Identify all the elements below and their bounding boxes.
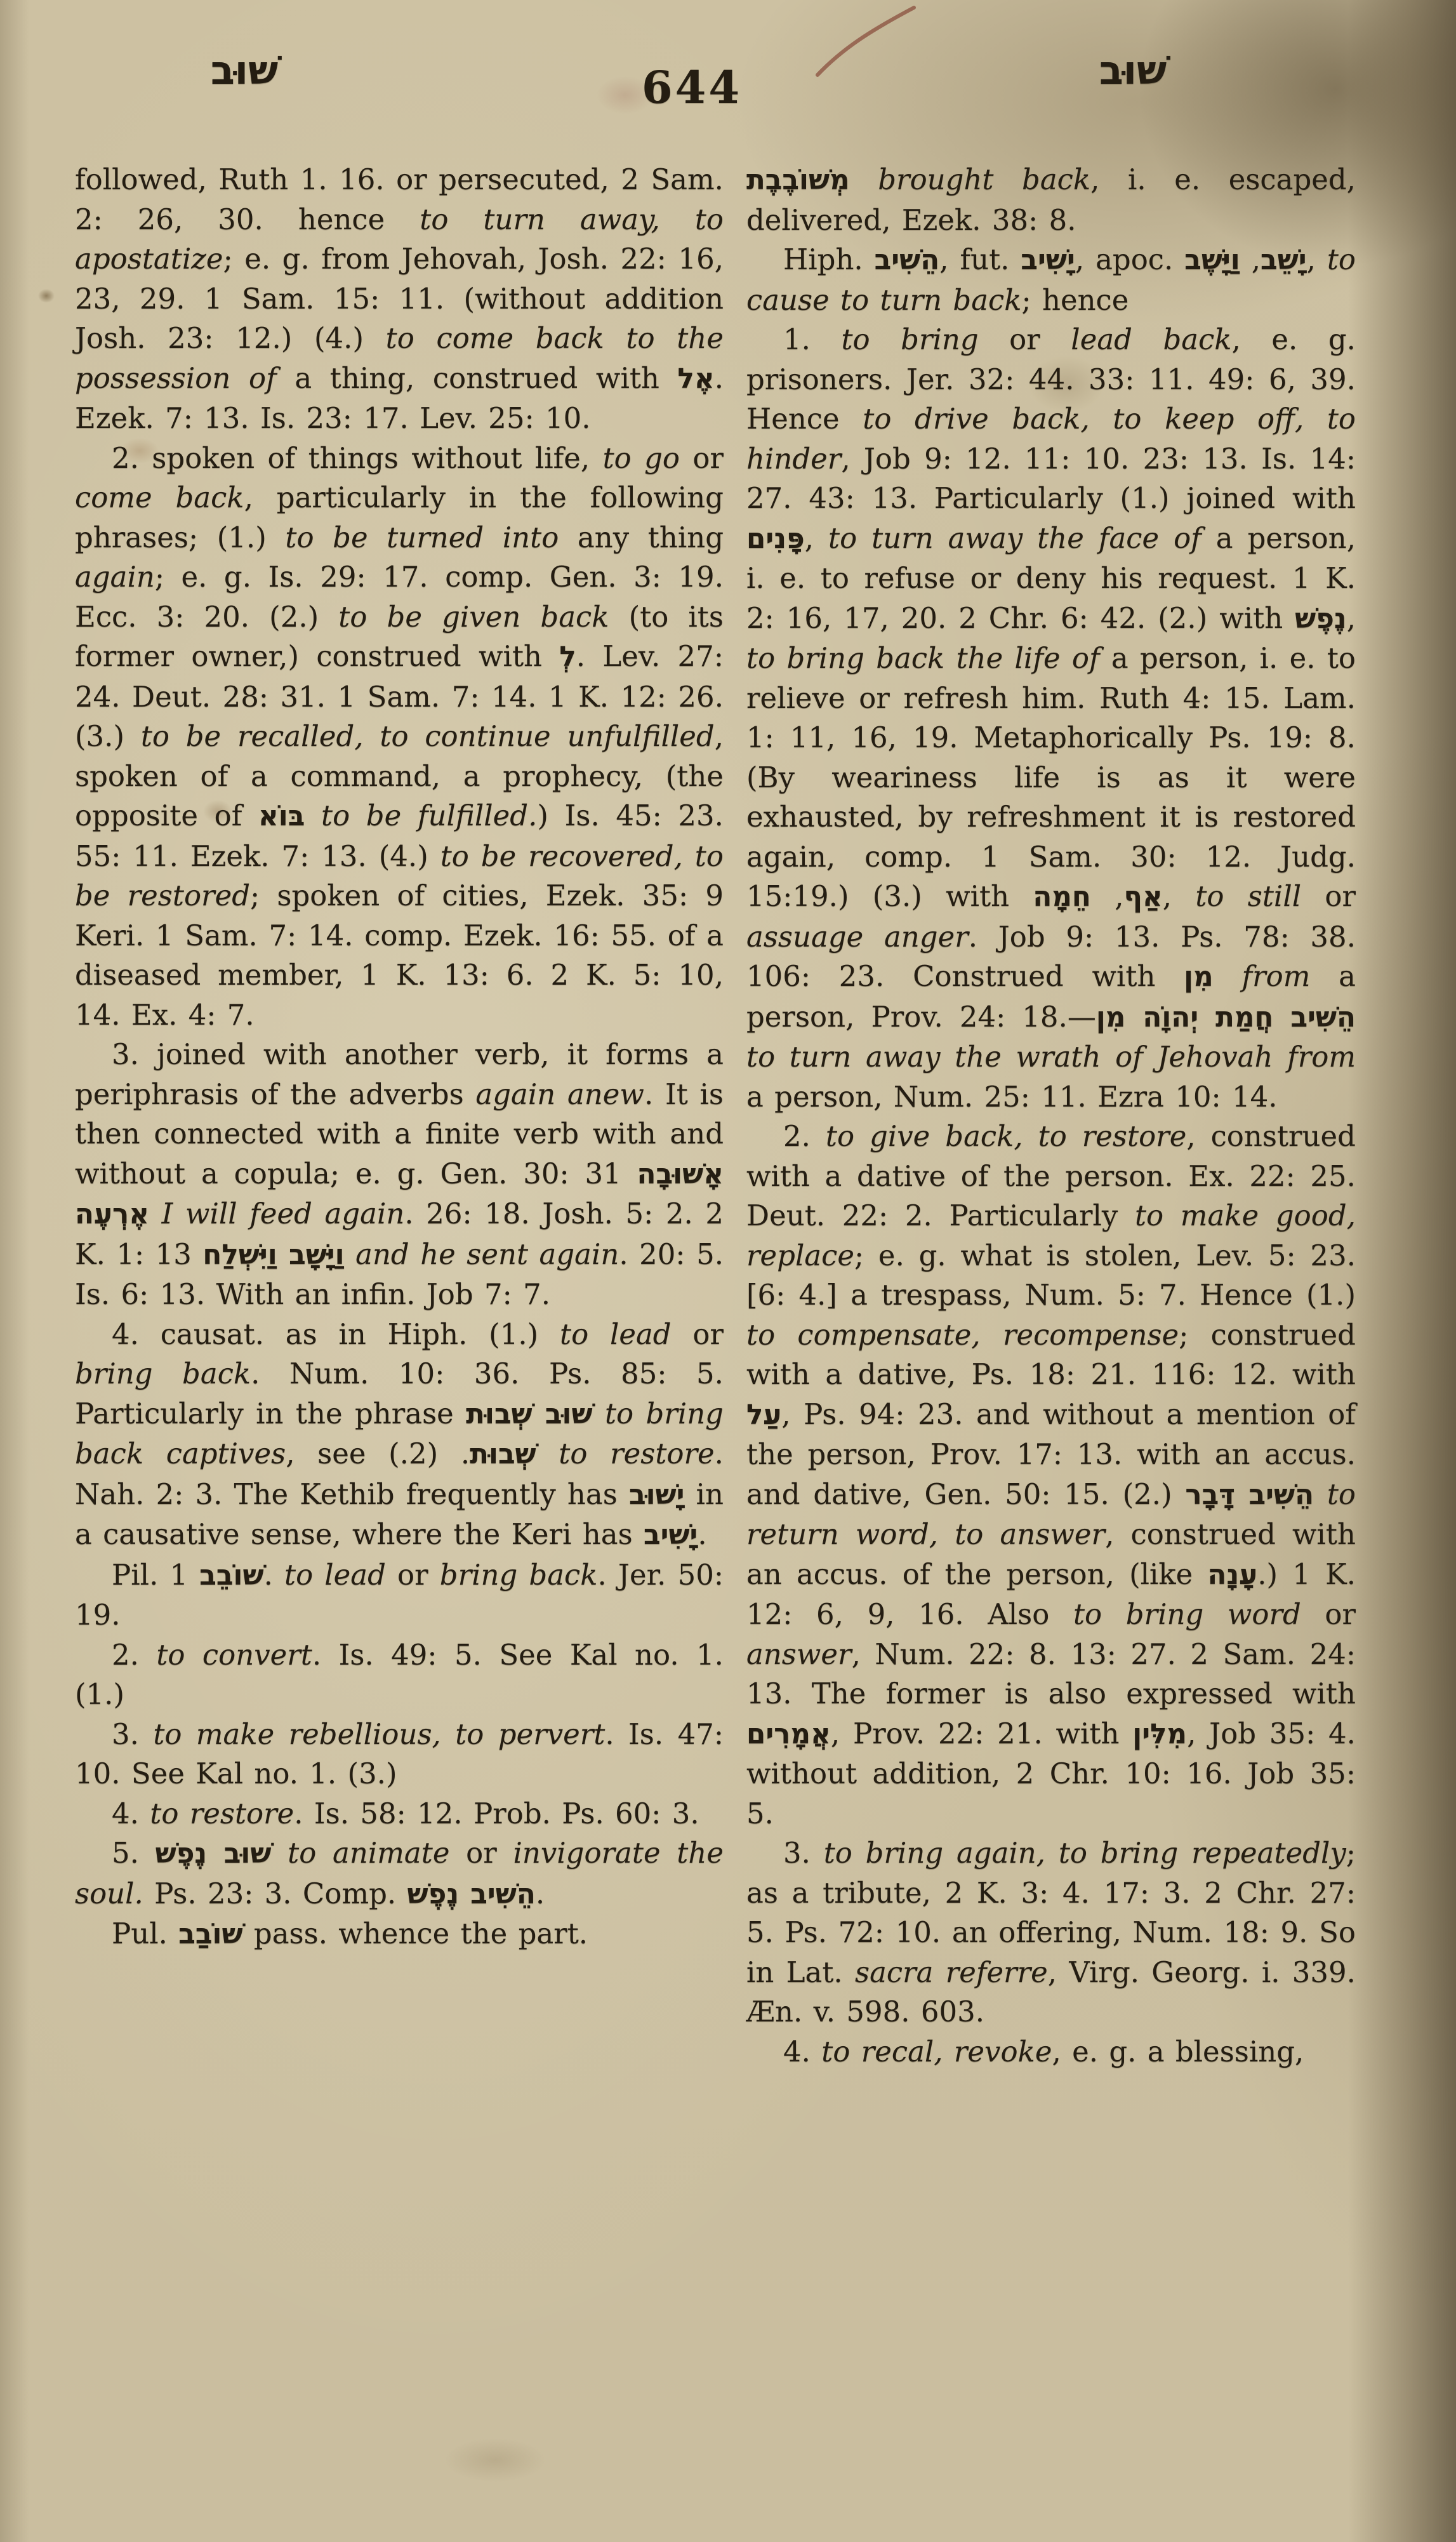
paragraph: Pil. שׁוֹבֵב 1. to lead or bring back. J… [75, 1555, 724, 1635]
text-column-left: followed, Ruth 1. 16. or persecuted, 2 S… [75, 160, 724, 1955]
text-run: Pul. [112, 1917, 178, 1950]
hebrew-word: אֲמָרִים [746, 1718, 831, 1750]
text-run: , e. g. a blessing, [1052, 2035, 1304, 2068]
text-run: , apoc. [1075, 243, 1184, 276]
text-run [305, 799, 321, 832]
hebrew-word: יָשֵׁב [1261, 244, 1307, 276]
text-run: . [536, 1877, 545, 1910]
hebrew-word: חֵמָה [1033, 881, 1091, 913]
hebrew-word: וַיָּשָׁב וַיִּשְׁלַח [202, 1239, 344, 1271]
hebrew-word: הֵשִׁיב [875, 244, 940, 276]
text-run: 2. spoken of things without life, [112, 441, 603, 475]
text-run: brought back [878, 163, 1090, 196]
text-run: , [1091, 879, 1124, 913]
paragraph: 3. joined with another verb, it forms a … [75, 1035, 724, 1315]
paragraph: 4. to restore. Is. 58: 12. Prob. Ps. 60:… [75, 1794, 724, 1834]
hebrew-word: וַיָּשֶׁב [1184, 244, 1240, 276]
hebrew-word: הֵשִׁיב נֶפֶשׁ [407, 1878, 536, 1910]
running-header: שׁוּב 644 שׁוּב [0, 0, 1456, 146]
text-run: , Prov. 22: 21. with [831, 1717, 1132, 1750]
hebrew-word: הֵשִׁיב דָּבָר [1185, 1479, 1314, 1511]
text-run: any thing [559, 521, 724, 554]
hebrew-word: עָנָה [1207, 1559, 1257, 1591]
text-run: sacra referre [855, 1955, 1048, 1989]
text-run: 3. [112, 1717, 153, 1751]
page-number: 644 [559, 61, 825, 114]
hebrew-word: מְשׁוֹבֶבֶת [746, 164, 850, 196]
text-run: lead back [1071, 323, 1231, 356]
text-run: . Is. 58: 12. Prob. Ps. 60: 3. [294, 1797, 699, 1830]
text-run: to lead [284, 1558, 386, 1592]
text-run: to convert [156, 1638, 312, 1672]
text-run: to make rebellious, to pervert [153, 1717, 605, 1751]
text-run: . [698, 1517, 706, 1551]
text-run: to bring word [1073, 1597, 1301, 1631]
text-run: , see [286, 1437, 388, 1470]
hebrew-word: עַל [746, 1399, 781, 1431]
text-run: to be turned into [285, 521, 559, 554]
text-run: to bring [841, 323, 978, 356]
text-run: , [805, 521, 828, 555]
text-run: a person, Num. 25: 11. Ezra 10: 14. [746, 1080, 1278, 1114]
text-run: 4. [783, 2035, 821, 2068]
paragraph: 3. to make rebellious, to pervert. Is. 4… [75, 1715, 724, 1794]
header-hebrew-word-left: שׁוּב [211, 47, 278, 93]
hebrew-word: מִלִּין [1132, 1718, 1187, 1750]
text-run: to animate [288, 1836, 449, 1870]
hebrew-word: לְ [559, 641, 576, 673]
text-run: to compensate, recompense [746, 1318, 1179, 1352]
text-run: to lead [560, 1317, 672, 1351]
header-hebrew-word-right: שׁוּב [1099, 47, 1167, 93]
text-run: or [680, 441, 724, 475]
text-run: bring back [440, 1558, 598, 1592]
paragraph: Hiph. הֵשִׁיב, fut. יָשִׁיב, apoc. יָשֵׁ… [746, 240, 1356, 320]
text-run: answer [746, 1637, 852, 1671]
text-run: or [1301, 879, 1356, 913]
hebrew-word: הֵשִׁיב חֲמַת יְהוָֹה מִן [1096, 1001, 1356, 1034]
text-run: again [75, 560, 155, 594]
hebrew-word: שׁוּב שְׁבוּת [466, 1398, 592, 1430]
text-run: , [1307, 243, 1327, 276]
text-run: from [1241, 959, 1310, 993]
text-run: to bring again, to bring repeatedly [824, 1836, 1346, 1870]
hebrew-word: אֶל [678, 363, 715, 395]
text-run: , fut. [939, 243, 1021, 276]
hebrew-word: שׁוֹבַב [178, 1918, 242, 1950]
text-run: 1. [783, 323, 841, 356]
hebrew-word: שׁוֹבֵב [199, 1559, 263, 1592]
hebrew-word: פָּנִים [746, 522, 805, 555]
text-run: 4. causat. as in Hiph. (1.) [112, 1317, 560, 1351]
text-run: bring back [75, 1357, 251, 1390]
paragraph: 5. שׁוּב נֶפֶשׁ to animate or invigorate… [75, 1833, 724, 1914]
hebrew-word: בּוֹא [258, 800, 305, 832]
text-run: I will feed again [162, 1197, 405, 1230]
paragraph: 4. causat. as in Hiph. (1.) to lead or b… [75, 1315, 724, 1555]
scanned-lexicon-page: שׁוּב 644 שׁוּב followed, Ruth 1. 16. or… [0, 0, 1456, 2542]
text-run: Pil. [112, 1558, 169, 1592]
text-run: or [672, 1317, 724, 1351]
text-run: 2. [783, 1119, 826, 1153]
text-run: to restore [559, 1437, 714, 1470]
paragraph: Pul. שׁוֹבַב pass. whence the part. [75, 1914, 724, 1955]
text-run: to recal, revoke [821, 2035, 1052, 2068]
paragraph: 3. to bring again, to bring repeatedly; … [746, 1833, 1356, 2032]
text-run: or [1301, 1597, 1356, 1631]
text-run: or [449, 1836, 513, 1870]
ink-spot-stain [38, 289, 55, 303]
paragraph: מְשׁוֹבֶבֶת brought back, i. e. escaped,… [746, 160, 1356, 240]
text-run: to go [603, 441, 680, 475]
text-run: , [1240, 243, 1261, 276]
text-run [593, 1397, 605, 1430]
text-run: pass. whence the part. [243, 1917, 588, 1950]
text-run [1314, 1477, 1327, 1511]
text-run: , [1347, 601, 1356, 635]
text-run: to still [1195, 879, 1301, 913]
page-left-edge-shading [0, 0, 29, 2542]
text-run: assuage anger [746, 920, 969, 954]
text-run: a person, i. e. to relieve or refresh hi… [746, 641, 1356, 913]
text-run: 3. [783, 1836, 824, 1870]
text-run [345, 1237, 355, 1271]
paragraph: 2. spoken of things without life, to go … [75, 439, 724, 1035]
text-run [1214, 959, 1242, 993]
hebrew-word: אַף [1124, 881, 1163, 913]
text-run: to be fulfilled. [321, 799, 537, 832]
text-run: or [979, 323, 1071, 356]
paragraph: 2. to give back, to restore, construed w… [746, 1117, 1356, 1833]
text-run: to bring back the life of [746, 641, 1100, 675]
paper-stain [444, 2438, 546, 2482]
text-run [271, 1836, 288, 1870]
text-column-right: מְשׁוֹבֶבֶת brought back, i. e. escaped,… [746, 160, 1356, 2072]
page-right-edge-shadow [1348, 0, 1456, 2542]
text-run: 5. [112, 1836, 156, 1870]
text-run: ; hence [1022, 283, 1129, 317]
hebrew-word: יָשִׁיב [644, 1519, 698, 1551]
paragraph: 4. to recal, revoke, e. g. a blessing, [746, 2032, 1356, 2072]
text-run: and he sent again [355, 1237, 619, 1271]
hebrew-word: נֶפֶשׁ [1295, 602, 1347, 635]
text-run: a thing, construed with [277, 361, 678, 395]
text-run: 2. [112, 1638, 156, 1672]
text-run: to be given back [338, 600, 609, 634]
hebrew-word: שׁוּב נֶפֶשׁ [156, 1837, 272, 1870]
text-run: , [1163, 879, 1196, 913]
text-run: Ps. 23: 3. Comp. [143, 1877, 407, 1910]
text-run: 4. [112, 1797, 150, 1830]
text-run: or [386, 1558, 440, 1592]
text-run: to be recalled, to continue unfulfilled [141, 719, 715, 753]
paragraph: 1. to bring or lead back, e. g. prisoner… [746, 320, 1356, 1117]
hebrew-word: יָשׁוּב [629, 1479, 685, 1511]
text-run: to turn away the wrath of Jehovah from [746, 1040, 1356, 1074]
paragraph: followed, Ruth 1. 16. or persecuted, 2 S… [75, 160, 724, 439]
hebrew-word: מִן [1184, 961, 1214, 993]
text-run: come back [75, 481, 244, 514]
text-run: to give back, to restore [826, 1119, 1186, 1153]
text-run: to turn away the face of [828, 521, 1201, 555]
text-run: Hiph. [783, 243, 875, 276]
hebrew-word: שְׁבוּת [470, 1438, 536, 1470]
paragraph: 2. to convert. Is. 49: 5. See Kal no. 1.… [75, 1635, 724, 1715]
hebrew-word: יָשִׁיב [1021, 244, 1075, 276]
text-run: again anew [475, 1077, 644, 1111]
text-run [149, 1197, 162, 1230]
text-run [850, 163, 878, 196]
text-run: to restore [150, 1797, 294, 1830]
